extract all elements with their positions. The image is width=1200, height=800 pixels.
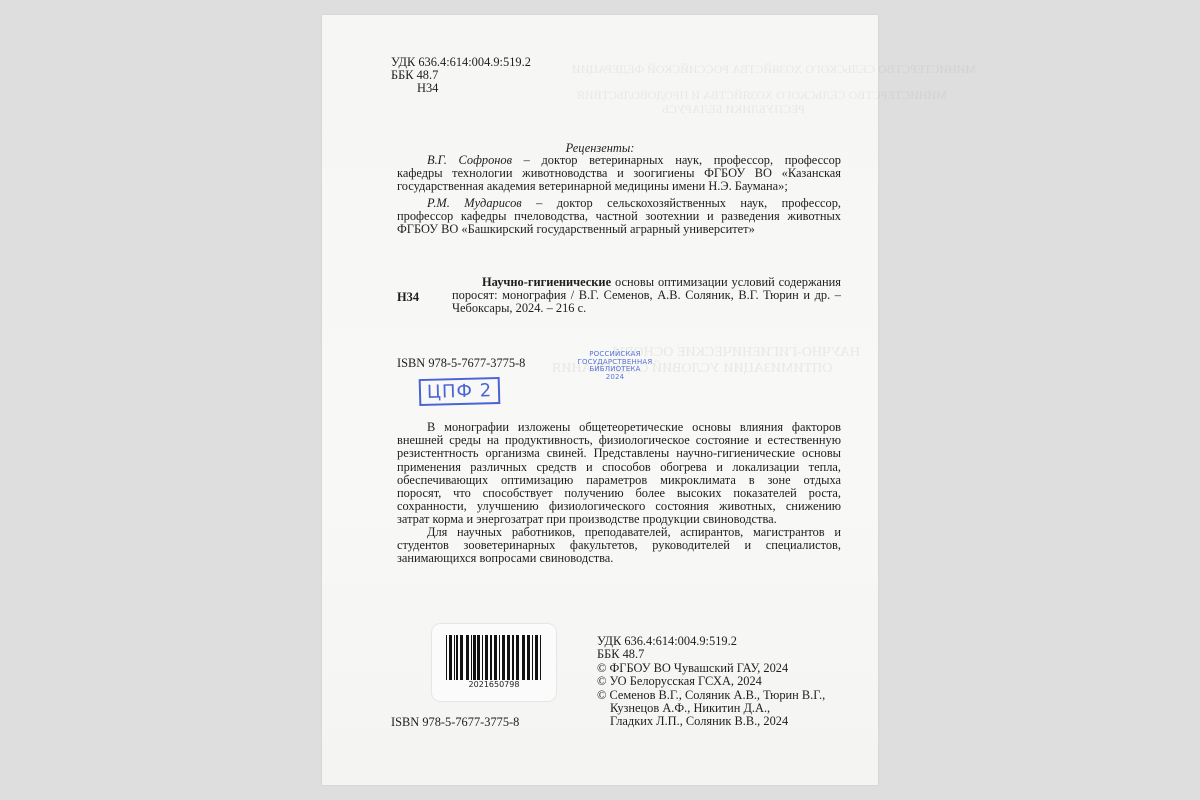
reviewer-entry: В.Г. Софронов – доктор ветеринарных наук… — [397, 154, 841, 194]
copyright-line: © ФГБОУ ВО Чувашский ГАУ, 2024 — [597, 662, 825, 675]
bbk-code: ББК 48.7 — [391, 69, 531, 82]
collection-stamp: ЦПФ 2 — [419, 377, 501, 406]
reviewer-text: – доктор ветеринарных наук, профессор, п… — [512, 153, 841, 167]
stamp-line: 2024 — [560, 374, 670, 382]
reviewer-name: Р.М. Мударисов — [427, 196, 522, 210]
book-title: Научно-гигиенические — [482, 275, 611, 289]
imprint: УДК 636.4:614:004.9:519.2 ББК 48.7 © ФГБ… — [597, 635, 825, 729]
imprint-udk: УДК 636.4:614:004.9:519.2 — [597, 635, 825, 648]
bleed-through-text: РЕСПУБЛИКИ БЕЛАРУСЬ — [662, 102, 805, 117]
annotation-line: резистентность организма свиней. Предста… — [397, 447, 841, 460]
catalog-codes: УДК 636.4:614:004.9:519.2 ББК 48.7 Н34 — [391, 56, 531, 95]
book-page: МИНИСТЕРСТВО СЕЛЬСКОГО ХОЗЯЙСТВА РОССИЙС… — [322, 15, 878, 785]
barcode-number: 2021650798 — [432, 680, 556, 689]
barcode-sticker: 2021650798 — [432, 624, 556, 701]
imprint-bbk: ББК 48.7 — [597, 648, 825, 661]
reviewer-text: государственная академия ветеринарной ме… — [397, 180, 841, 193]
bibliographic-author-mark: Н34 — [397, 290, 419, 305]
barcode-icon — [446, 635, 542, 680]
isbn-bottom: ISBN 978-5-7677-3775-8 — [391, 715, 519, 730]
annotation-line: применения различных средств и способов … — [397, 461, 841, 474]
bleed-through-text: МИНИСТЕРСТВО СЕЛЬСКОГО ХОЗЯЙСТВА РОССИЙС… — [572, 62, 976, 77]
audience-line: занимающихся вопросами свиноводства. — [397, 552, 841, 565]
copyright-line: © Семенов В.Г., Соляник А.В., Тюрин В.Г.… — [597, 689, 825, 702]
copyright-line: © УО Белорусская ГСХА, 2024 — [597, 675, 825, 688]
copyright-line: Кузнецов А.Ф., Никитин Д.А., — [597, 702, 825, 715]
library-stamp: РОССИЙСКАЯ ГОСУДАРСТВЕННАЯ БИБЛИОТЕКА 20… — [560, 351, 670, 381]
copyright-line: Гладких Л.П., Соляник В.В., 2024 — [597, 715, 825, 728]
reviewer-name: В.Г. Софронов — [427, 153, 512, 167]
annotation: В монографии изложены общетеоретические … — [397, 421, 841, 527]
audience-note: Для научных работников, преподавателей, … — [397, 526, 841, 566]
isbn: ISBN 978-5-7677-3775-8 — [397, 356, 525, 371]
biblio-text: основы оптимизации условий содержания — [611, 275, 841, 289]
reviewer-text: – доктор сельскохозяйственных наук, проф… — [522, 196, 841, 210]
bleed-through-text: МИНИСТЕРСТВО СЕЛЬСКОГО ХОЗЯЙСТВА И ПРОДО… — [577, 88, 947, 103]
bibliographic-record: Научно-гигиенические основы оптимизации … — [452, 276, 841, 316]
reviewer-text: ФГБОУ ВО «Башкирский государственный агр… — [397, 223, 841, 236]
reviewer-entry: Р.М. Мударисов – доктор сельскохозяйстве… — [397, 197, 841, 237]
biblio-text: Чебоксары, 2024. – 216 с. — [452, 302, 841, 315]
author-mark: Н34 — [391, 82, 531, 95]
